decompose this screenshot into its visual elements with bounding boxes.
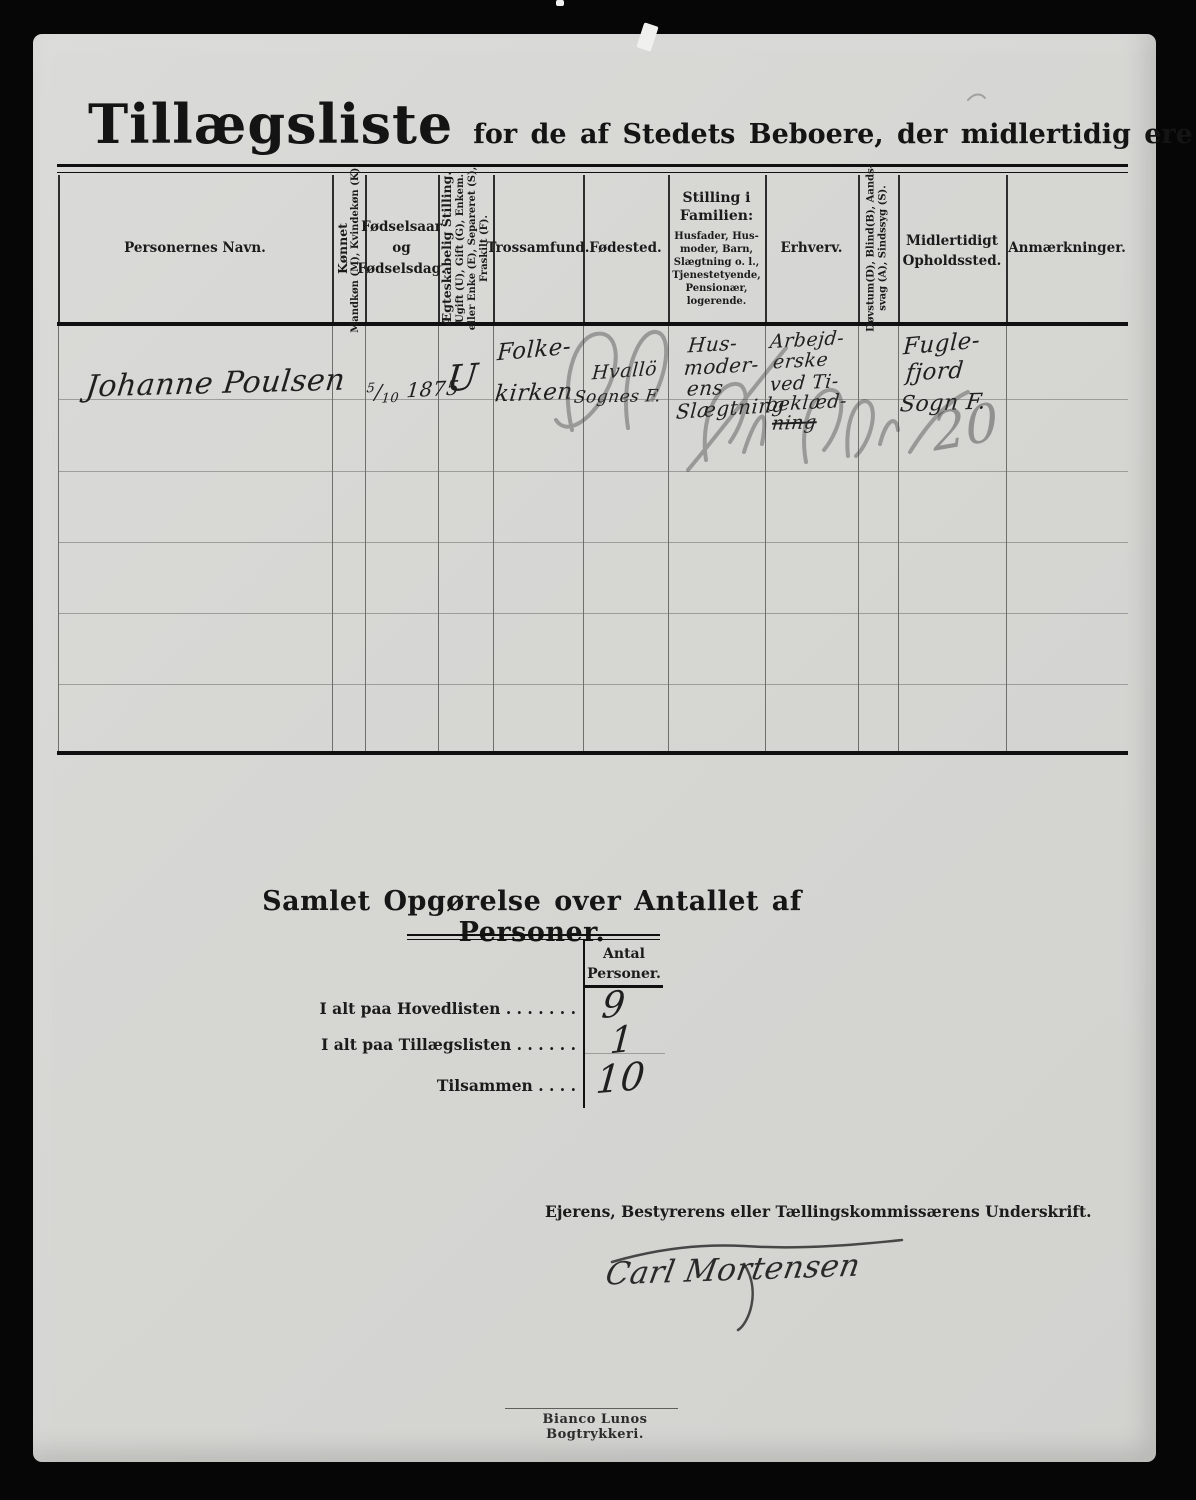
entry-denomination-line: kirken — [494, 379, 574, 408]
entry-residence-line: fjord — [905, 357, 965, 386]
header-erhverv: Erhverv. — [765, 175, 858, 322]
header-sublabel: Mandkøn (M), Kvindekøn (K). — [350, 164, 362, 333]
row-line — [58, 542, 1128, 543]
summary-row-label-tilsammen: Tilsammen . . . . — [300, 1076, 576, 1095]
summary-row-label-hovedlisten: I alt paa Hovedlisten . . . . . . . — [300, 999, 576, 1018]
entry-birth-month: 10 — [381, 391, 400, 407]
header-sublabel: Tjenestetyende, — [672, 269, 761, 282]
header-fodested: Fødested. — [583, 175, 668, 322]
header-sublabel: moder, Barn, — [680, 243, 753, 256]
header-sublabel: Ugift (U), Gift (G), Enkem. — [455, 174, 467, 323]
header-label-line: Midlertidigt — [906, 229, 998, 255]
page-title: Tillægsliste for de af Stedets Beboere, … — [88, 92, 1196, 156]
row-line — [58, 471, 1128, 472]
summary-value-tilsammen: 10 — [594, 1054, 647, 1103]
column-divider-body — [58, 326, 59, 751]
header-label-line: Opholdssted. — [903, 255, 1002, 269]
page-title-main: Tillægsliste — [88, 92, 453, 156]
summary-col-header: Antal — [585, 944, 663, 964]
entry-marital-status: U — [445, 357, 480, 401]
summary-light-rule — [585, 1053, 665, 1054]
header-sublabel: svag (A), Sindssyg (S). — [878, 185, 890, 311]
header-anmaerkninger: Anmærkninger. — [1006, 175, 1128, 322]
summary-row-label-tillaegslisten: I alt paa Tillægslisten . . . . . . — [300, 1035, 576, 1054]
table-bottom-rule — [57, 751, 1128, 755]
header-fodselsaar: Fødselsaar og Fødselsdag. — [365, 175, 438, 322]
column-divider-body — [1006, 326, 1007, 751]
column-divider-body — [668, 326, 669, 751]
row-line — [58, 613, 1128, 614]
header-midlertidigt-opholdssted: Midlertidigt Opholdssted. — [898, 175, 1006, 322]
header-sublabel: Slægtning o. l., — [674, 256, 759, 269]
table-top-rule-thin — [57, 172, 1128, 173]
header-label-line: Stilling i — [682, 189, 750, 207]
header-label-line: Fødselsaar — [361, 217, 442, 238]
entry-pencil-note: 20 — [930, 392, 1000, 464]
header-label: Personernes Navn. — [124, 238, 266, 259]
printer-mark-rule — [505, 1408, 678, 1409]
scan-artifact-speck — [556, 0, 564, 6]
header-label-line: Fødselsdag. — [357, 259, 446, 280]
header-konnet-rotated: Kønnet Mandkøn (M), Kvindekøn (K). — [332, 175, 365, 322]
header-label: Erhverv. — [781, 238, 843, 259]
scanned-census-page: { "page": { "title_main": "Tillægsliste"… — [0, 0, 1196, 1500]
column-divider-body — [858, 326, 859, 751]
header-dovstum-rotated: Døvstum(D), Blind(B), Aands- svag (A), S… — [858, 175, 898, 322]
column-divider-body — [493, 326, 494, 751]
header-stilling-i-familien: Stilling i Familien: Husfader, Hus- mode… — [668, 181, 765, 316]
signature-label: Ejerens, Bestyrerens eller Tællingskommi… — [545, 1202, 947, 1221]
header-aegteskabelig-rotated: Ægteskabelig Stilling. Ugift (U), Gift (… — [438, 175, 493, 322]
header-sublabel: logerende. — [687, 295, 747, 308]
entry-name: Johanne Poulsen — [84, 363, 347, 405]
entry-occupation-line: erske — [772, 348, 829, 373]
summary-col-header: Personer. — [585, 964, 663, 984]
header-label: Ægteskabelig Stilling. — [439, 171, 455, 325]
entry-birthplace-line: Hvallö — [591, 358, 658, 385]
header-sublabel: Døvstum(D), Blind(B), Aands- — [865, 164, 877, 332]
summary-top-rule-thin — [407, 939, 660, 940]
column-divider-body — [898, 326, 899, 751]
header-personernes-navn: Personernes Navn. — [58, 175, 332, 322]
header-sublabel: eller Enke (E), Separeret (S), — [467, 167, 479, 330]
printer-mark: Bianco Lunos Bogtrykkeri. — [505, 1412, 685, 1442]
summary-top-rule — [407, 934, 660, 936]
header-trossamfund: Trossamfund. — [493, 175, 583, 322]
column-divider-body — [765, 326, 766, 751]
page-title-rest: for de af Stedets Beboere, der midlertid… — [473, 119, 1193, 150]
header-label: Trossamfund. — [487, 238, 590, 259]
header-label: Anmærkninger. — [1008, 238, 1126, 259]
header-label-line: Familien: — [680, 207, 753, 225]
entry-occupation-line-struck: ning — [771, 411, 818, 435]
header-sublabel: Husfader, Hus- — [674, 230, 759, 243]
table-header-bottom-rule — [57, 322, 1128, 326]
row-line — [58, 684, 1128, 685]
header-label: Kønnet — [335, 223, 351, 274]
header-sublabel: Pensionær, — [685, 282, 747, 295]
header-label: Fødested. — [589, 238, 661, 259]
table-top-rule — [57, 164, 1128, 167]
entry-birthplace-line: Sognes F. — [573, 386, 662, 408]
header-label-line: og — [392, 238, 410, 259]
